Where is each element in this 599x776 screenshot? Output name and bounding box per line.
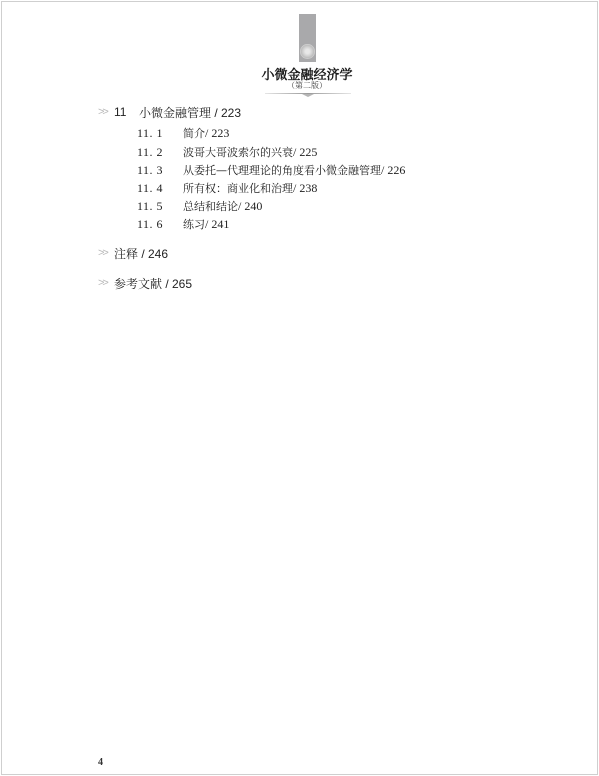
- double-chevron-icon: >>: [98, 106, 114, 118]
- header-divider-notch: [302, 94, 314, 97]
- toc-section[interactable]: 11. 5 总结和结论 / 240: [137, 198, 262, 214]
- section-title: 总结和结论: [183, 198, 238, 214]
- header-emblem-icon: [300, 44, 315, 59]
- toc-section[interactable]: 11. 2 波哥大哥波索尔的兴衰 / 225: [137, 144, 317, 160]
- chapter-title: 小微金融管理 / 223: [139, 104, 241, 121]
- toc-section[interactable]: 11. 4 所有权：商业化和治理 / 238: [137, 180, 317, 196]
- section-title: 从委托—代理理论的角度看小微金融管理: [183, 162, 381, 178]
- section-page: / 238: [293, 181, 317, 196]
- section-number: 11. 4: [137, 181, 183, 196]
- double-chevron-icon: >>: [98, 247, 114, 259]
- section-number: 11. 5: [137, 199, 183, 214]
- section-page: / 226: [381, 163, 405, 178]
- double-chevron-icon: >>: [98, 277, 114, 289]
- section-number: 11. 1: [137, 126, 183, 141]
- section-title: 简介: [183, 125, 205, 141]
- toc-notes[interactable]: >> 注释 / 246: [98, 245, 168, 261]
- toc-section[interactable]: 11. 6 练习 / 241: [137, 216, 229, 232]
- section-number: 11. 3: [137, 163, 183, 178]
- page-number: 4: [98, 757, 103, 768]
- section-title: 所有权：商业化和治理: [183, 180, 293, 196]
- toc-references[interactable]: >> 参考文献 / 265: [98, 275, 192, 291]
- toc-section[interactable]: 11. 3 从委托—代理理论的角度看小微金融管理 / 226: [137, 162, 405, 178]
- section-page: / 223: [205, 126, 229, 141]
- section-title: 练习: [183, 216, 205, 232]
- document-page: 小微金融经济学 （第二版） >> 11 小微金融管理 / 223 11. 1 简…: [1, 1, 598, 775]
- section-number: 11. 2: [137, 145, 183, 160]
- notes-title: 注释 / 246: [114, 245, 168, 262]
- chapter-number: 11: [114, 105, 139, 119]
- section-number: 11. 6: [137, 217, 183, 232]
- book-edition: （第二版）: [257, 80, 357, 91]
- toc-chapter-11[interactable]: >> 11 小微金融管理 / 223: [98, 104, 241, 120]
- section-page: / 225: [293, 145, 317, 160]
- toc-section[interactable]: 11. 1 简介 / 223: [137, 125, 229, 141]
- section-page: / 241: [205, 217, 229, 232]
- section-title: 波哥大哥波索尔的兴衰: [183, 144, 293, 160]
- section-page: / 240: [238, 199, 262, 214]
- references-title: 参考文献 / 265: [114, 275, 192, 292]
